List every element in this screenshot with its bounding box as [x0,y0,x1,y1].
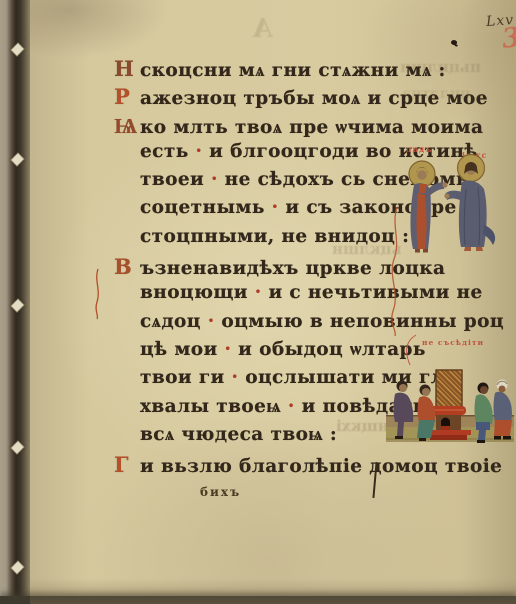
manuscript-line: Нскоцсни мѧ гни стѧжни мѧ : [114,56,450,84]
folio-number: 33 [500,20,516,55]
foot [415,249,420,253]
face [399,384,407,392]
step-upper [426,430,471,435]
foot [476,247,483,251]
red-robe [417,193,427,249]
shoe [494,436,501,440]
robe [459,180,487,247]
hand [444,193,449,198]
ember [441,426,450,430]
under-robe [476,422,490,430]
rubricated-initial: В [114,254,140,279]
foot [464,247,471,251]
red-dot-separator: · [208,311,215,332]
photo-bottom-edge [0,596,516,604]
scene-caption: не съсѣдіти [422,338,484,347]
legs [397,422,404,436]
binding-stitch [10,440,24,454]
feet [395,436,403,439]
binding-stitch [10,42,24,56]
book-binding-gutter [0,0,34,604]
red-dot-separator: · [211,169,218,190]
legs [478,430,486,440]
step-lower [430,435,467,440]
miniature-david-and-christ [392,137,514,259]
robe-flare [483,225,495,245]
face [422,388,430,396]
mantle [418,396,436,422]
robe [394,393,414,422]
figure-david [409,161,448,253]
red-flourish-initial [92,268,104,320]
skirt [494,420,512,436]
manuscript-photo: Апьцнлщннцллтнаьцклшннщкхі Lxv 33 Нскоцс… [0,0,516,604]
bleedthrough-text: А [252,14,273,44]
rubricated-initial: Р [114,84,140,109]
red-dot-separator: · [255,282,262,303]
catchword: бихъ [200,485,241,499]
red-dot-separator: · [288,396,295,417]
parchment-page: Апьцнлщннцллтнаьцклшннщкхі Lxv 33 Нскоцс… [30,0,516,604]
binding-stitch [10,560,24,574]
rubricated-initial: Н [114,56,140,81]
face [480,386,488,394]
manuscript-line: Ражезноц тръбы моѧ и срце мое [114,84,450,112]
manuscript-line: Ги вьзлю благолѣпіе домоц твоіе [114,452,450,480]
rubricated-initial: Ѩ [114,113,140,139]
mantle [475,394,493,424]
mantle [494,392,512,422]
red-dot-separator: · [272,197,279,218]
face [417,170,427,180]
red-dot-separator: · [232,367,239,388]
foot [423,249,428,253]
hand [442,182,447,187]
figure-christ [444,155,495,252]
seated-figure-4 [494,380,513,440]
red-squiggle-ornament [388,205,404,337]
miniature-seated-scene [386,352,514,448]
red-dot-separator: · [225,339,232,360]
binding-stitch [10,152,24,166]
throne-back [436,370,462,408]
feet [477,440,485,443]
binding-stitch [10,298,24,312]
red-dot-separator: · [196,141,203,162]
face [499,386,506,393]
shoe [503,436,511,440]
feet [419,438,426,441]
rubricated-initial: Г [114,452,140,477]
ink-blot [450,39,457,46]
